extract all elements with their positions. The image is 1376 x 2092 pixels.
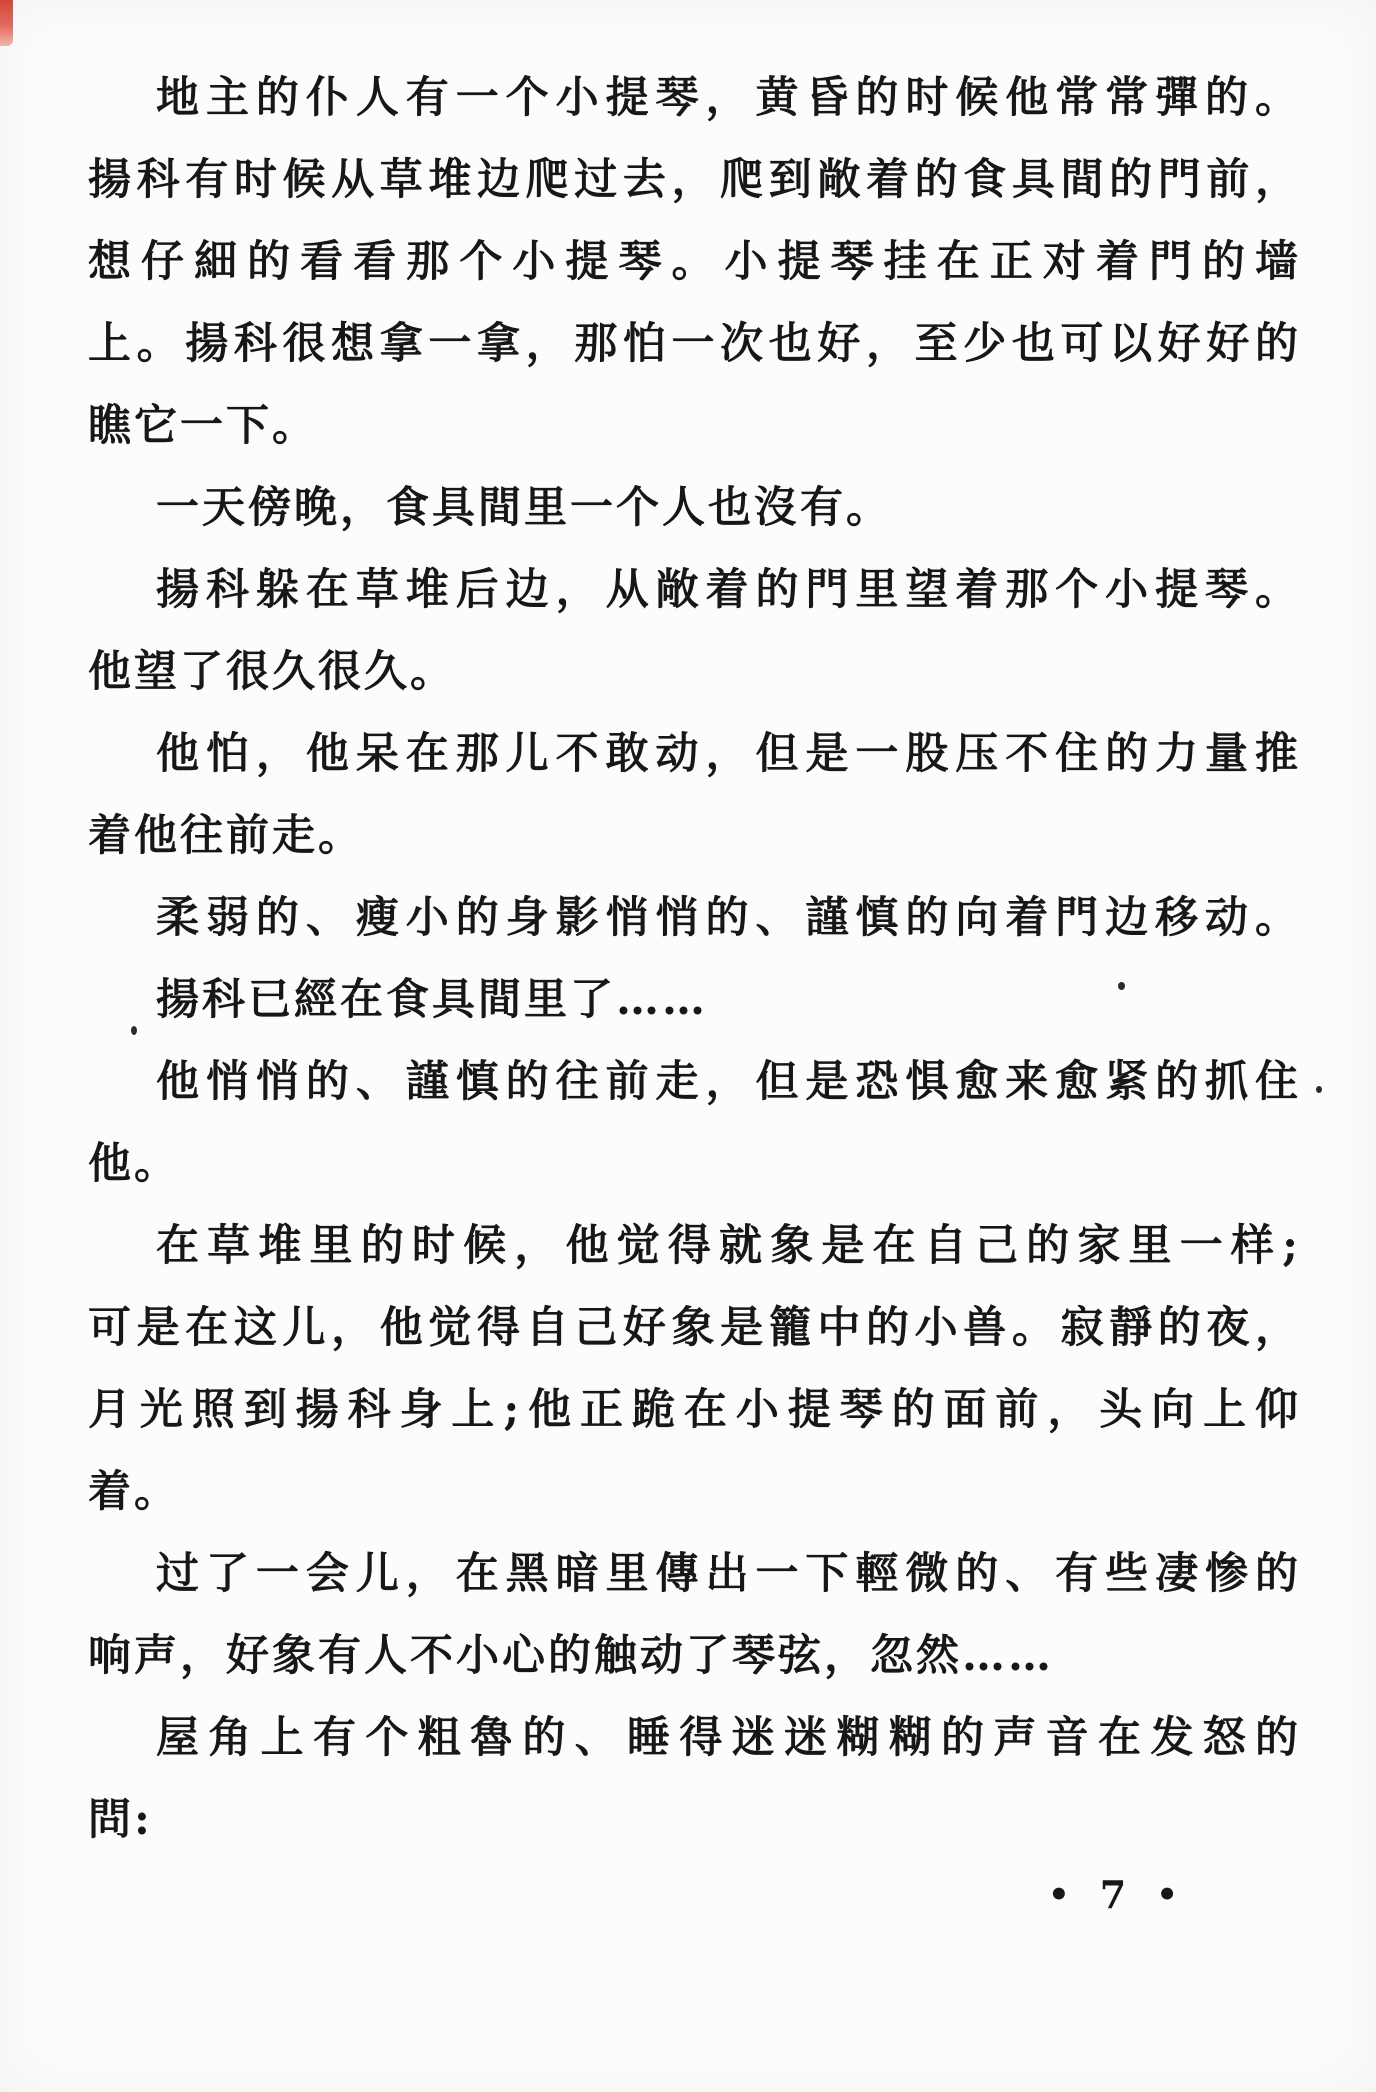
text-line: 可是在这儿，他觉得自己好象是籠中的小兽。寂靜的夜， [88,1287,1298,1369]
body-text: 地主的仆人有一个小提琴，黄昏的时候他常常彈的。 揚科有时候从草堆边爬过去，爬到敞… [88,57,1298,1861]
text-line: 过了一会儿，在黑暗里傳出一下輕微的、有些凄惨的 [88,1533,1298,1615]
text-line: 上。揚科很想拿一拿，那怕一次也好，至少也可以好好的 [88,303,1298,385]
text-line: 着。 [88,1451,1298,1533]
text-line: 揚科躲在草堆后边，从敞着的門里望着那个小提琴。 [88,549,1298,631]
text-line: 响声，好象有人不小心的触动了琴弦，忽然…… [88,1615,1298,1697]
text-line: 柔弱的、瘦小的身影悄悄的、謹慎的向着門边移动。 [88,877,1298,959]
text-line: 揚科有时候从草堆边爬过去，爬到敞着的食具間的門前， [88,139,1298,221]
page-number-left-dot: • [1048,1876,1070,1914]
scan-speck [1118,982,1125,990]
scan-speck [1316,1086,1322,1093]
text-line: 月光照到揚科身上;他正跪在小提琴的面前，头向上仰 [88,1369,1298,1451]
page-number-right-dot: • [1156,1876,1178,1914]
text-line: 問: [88,1779,1298,1861]
text-line: 他望了很久很久。 [88,631,1298,713]
scan-speck [131,1026,137,1035]
text-line: 他。 [88,1123,1298,1205]
page-number-value: 7 [1100,1872,1126,1917]
text-line: 地主的仆人有一个小提琴，黄昏的时候他常常彈的。 [88,57,1298,139]
text-line: 想仔細的看看那个小提琴。小提琴挂在正对着門的墙 [88,221,1298,303]
text-line: 他悄悄的、謹慎的往前走，但是恐惧愈来愈紧的抓住 [88,1041,1298,1123]
page-number: • 7 • [1048,1872,1178,1917]
text-line: 瞧它一下。 [88,385,1298,467]
text-line: 一天傍晚，食具間里一个人也沒有。 [88,467,1298,549]
text-line: 他怕，他呆在那儿不敢动，但是一股压不住的力量推 [88,713,1298,795]
text-line: 着他往前走。 [88,795,1298,877]
text-line: 揚科已經在食具間里了…… [88,959,1298,1041]
scanned-page: 地主的仆人有一个小提琴，黄昏的时候他常常彈的。 揚科有时候从草堆边爬过去，爬到敞… [0,0,1376,2092]
scan-red-edge-mark [0,0,13,46]
text-line: 屋角上有个粗魯的、睡得迷迷糊糊的声音在发怒的 [88,1697,1298,1779]
text-line: 在草堆里的时候，他觉得就象是在自己的家里一样; [88,1205,1298,1287]
